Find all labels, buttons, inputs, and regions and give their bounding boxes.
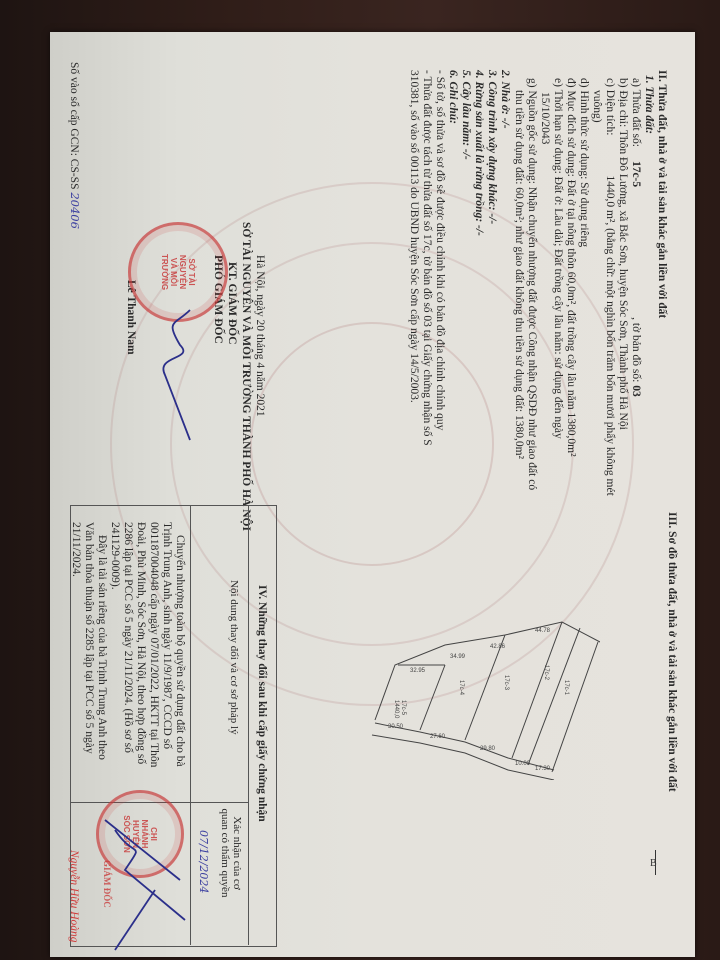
svg-text:17c-3: 17c-3 — [503, 675, 509, 691]
section2-sub-title: 1. Thửa đất: — [643, 75, 655, 134]
section3-title: III. Sơ đồ thửa đất, nhà ở và tài sản kh… — [666, 512, 678, 792]
svg-text:17.30: 17.30 — [535, 766, 551, 772]
parcel-number-label: a) Thửa đất số:17c-5, tờ bản đồ số: 03 — [630, 78, 642, 397]
change-p1-l3: 001187004048 cấp ngày 07/01/2022, HKTT t… — [148, 522, 160, 767]
change-p2-l3: 21/11/2024. — [70, 522, 82, 577]
change-p1-l6: 241129-0009). — [109, 522, 121, 590]
branch-signer-name: Nguyễn Hữu Hoàng — [68, 850, 80, 943]
usage-term-cont: 15/10/2043 — [539, 92, 551, 144]
area-line: c) Diện tích:1440,0 m², (bằng chữ: một n… — [604, 78, 616, 496]
svg-text:10.00: 10.00 — [515, 761, 531, 767]
svg-text:17c-4: 17c-4 — [458, 680, 464, 696]
svg-text:17c-1: 17c-1 — [563, 680, 569, 696]
usage-form: d) Hình thức sử dụng: Sử dụng riêng — [578, 78, 590, 247]
area-line-cont: vuông) — [591, 90, 603, 123]
usage-purpose: đ) Mục đích sử dụng: Đất ở tại nông thôn… — [565, 78, 577, 457]
svg-text:29.80: 29.80 — [480, 746, 496, 752]
note-2: - Thửa đất được tách từ thửa đất số 17c,… — [421, 70, 433, 446]
svg-text:32.95: 32.95 — [410, 668, 426, 674]
address-line: b) Địa chỉ: Thôn Đô Lương, xã Bắc Sơn, h… — [617, 78, 629, 430]
notes-title: 6. Ghi chú: — [447, 70, 459, 124]
usage-term: e) Thời hạn sử dụng: Đất ở: Lâu dài; Đất… — [552, 78, 564, 439]
parcel-value: 17c-5 — [630, 161, 642, 187]
svg-text:42.86: 42.86 — [490, 644, 506, 650]
map-sheet-value: 03 — [630, 385, 642, 397]
note-3: 310381, số vào sổ 00113 do UBND huyện Só… — [408, 70, 420, 403]
other-construction-item: 3. Công trình xây dựng khác: -/- — [486, 70, 498, 224]
north-arrow-label: B — [650, 858, 657, 869]
bronze-drum-star — [250, 322, 494, 566]
area-value: 1440,0 m², (bằng chữ: một nghìn bốn trăm… — [604, 175, 616, 495]
register-label: Số vào sổ cấp GCN: CS-SS — [68, 62, 80, 189]
svg-text:17c-2: 17c-2 — [543, 665, 549, 681]
usage-origin: g) Nguồn gốc sử dụng: Nhận chuyển nhượng… — [526, 78, 538, 490]
map-sheet-label: , tờ bản đồ số: — [630, 317, 642, 382]
register-value: 20406 — [68, 192, 82, 229]
change-p1-l1: Chuyển nhượng toàn bộ quyền sử dụng đất … — [174, 535, 186, 767]
parcel-label: a) Thửa đất số: — [630, 78, 642, 147]
signature-deputy-director — [135, 300, 205, 450]
table-col-confirm-header: Xác nhận của cơ quan có thẩm quyền — [219, 808, 243, 898]
issuing-organization: SỞ TÀI NGUYÊN VÀ MÔI TRƯỜNG THÀNH PHỐ HÀ… — [240, 222, 252, 531]
perennial-tree-item: 5. Cây lâu năm: -/- — [460, 70, 472, 160]
svg-text:44.78: 44.78 — [535, 628, 551, 634]
change-p2-l2: Văn bản thỏa thuận số 2285 lập tại PCC s… — [83, 522, 95, 754]
usage-origin-cont: thu tiền sử dụng đất: 60,0m²; như giao đ… — [513, 90, 525, 459]
svg-text:27.60: 27.60 — [430, 734, 446, 740]
change-p1-l4: Đoài, Phù Minh, Sóc Sơn, Hà Nội, theo hợ… — [135, 522, 147, 764]
register-number: Số vào sổ cấp GCN: CS-SS 20406 — [68, 62, 82, 229]
change-p1-l5: 2286 lập tại PCC số 5 ngày 21/11/2024. (… — [122, 522, 134, 753]
issue-date-line: Hà Nội, ngày 20 tháng 4 năm 2021 — [254, 255, 266, 417]
table-col-content-header: Nội dung thay đổi và cơ sở pháp lý — [228, 580, 240, 735]
svg-text:30.50: 30.50 — [388, 724, 404, 730]
change-p2-l1: Đây là tài sản riêng của bà Trịnh Trung … — [96, 535, 108, 760]
svg-text:1440,0: 1440,0 — [393, 700, 399, 719]
area-label: c) Diện tích: — [604, 78, 616, 135]
production-forest-item: 4. Rừng sản xuất là rừng trồng: -/- — [473, 70, 485, 236]
parcel-sketch: 17c-5 1440,0 17c-4 17c-3 17c-2 17c-1 30.… — [340, 560, 600, 780]
svg-text:34.99: 34.99 — [450, 654, 466, 660]
table-header-divider — [248, 505, 249, 945]
note-1: - Số tờ, số thửa và sơ đồ sẽ được điều c… — [434, 70, 446, 430]
house-item: 2. Nhà ở: -/- — [499, 70, 511, 129]
section4-title: IV. Những thay đổi sau khi cấp giấy chứn… — [256, 585, 268, 822]
signature-branch — [85, 800, 205, 960]
section2-title: II. Thửa đất, nhà ở và tài sản khác gắn … — [656, 70, 668, 318]
change-p1-l2: Trịnh Trung Anh, sinh ngày 11/9/1987, CC… — [161, 522, 173, 749]
svg-text:17c-5: 17c-5 — [400, 700, 406, 716]
